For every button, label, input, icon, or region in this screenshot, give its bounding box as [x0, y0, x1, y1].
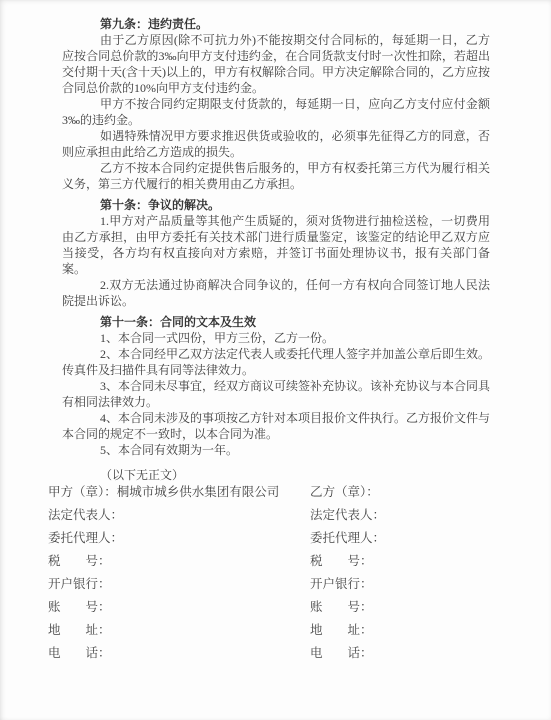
- party-b-seal-label: 乙方（章）：: [310, 485, 379, 499]
- party-a-seal-label: 甲方（章）：: [48, 485, 117, 499]
- article-9-title: 第九条：违约责任。: [62, 16, 490, 32]
- party-a-bank-row: 开户银行：: [48, 576, 310, 592]
- party-a-legal-rep-row: 法定代表人：: [48, 507, 310, 523]
- party-b-column: 乙方（章）： 法定代表人： 委托代理人： 税 号： 开户银行： 账 号： 地 址…: [310, 484, 518, 668]
- party-b-address-row: 地 址：: [310, 622, 518, 638]
- article-11-item-5: 5、本合同有效期为一年。: [62, 442, 490, 458]
- party-a-agent-row: 委托代理人：: [48, 530, 310, 546]
- closing-note: （以下无正文）: [62, 467, 490, 483]
- party-a-column: 甲方（章）：桐城市城乡供水集团有限公司 法定代表人： 委托代理人： 税 号： 开…: [48, 484, 310, 668]
- party-a-agent-label: 委托代理人：: [48, 531, 123, 545]
- party-a-company-name: 桐城市城乡供水集团有限公司: [117, 485, 280, 499]
- party-b-legal-rep-row: 法定代表人：: [310, 507, 518, 523]
- article-11-item-3: 3、本合同未尽事宜，经双方商议可续签补充协议。该补充协议与本合同具有相同法律效力…: [62, 378, 490, 410]
- party-a-tax-no-row: 税 号：: [48, 553, 310, 569]
- party-b-tax-no-row: 税 号：: [310, 553, 518, 569]
- party-b-phone-label: 电 话：: [310, 646, 373, 660]
- signature-block: 甲方（章）：桐城市城乡供水集团有限公司 法定代表人： 委托代理人： 税 号： 开…: [48, 484, 518, 668]
- article-11-item-4: 4、本合同未涉及的事项按乙方针对本项目报价文件执行。乙方报价文件与本合同的规定不…: [62, 410, 490, 442]
- party-a-bank-label: 开户银行：: [48, 577, 111, 591]
- party-a-address-label: 地 址：: [48, 623, 111, 637]
- contract-page: 第九条：违约责任。 由于乙方原因(除不可抗力外)不能按期交付合同标的，每延期一日…: [0, 0, 551, 720]
- party-b-seal-row: 乙方（章）：: [310, 484, 518, 500]
- article-9-paragraph-3: 如遇特殊情况甲方要求推迟供货或验收的，必须事先征得乙方的同意，否则应承担由此给乙…: [62, 128, 490, 160]
- article-9-paragraph-4: 乙方不按本合同约定提供售后服务的，甲方有权委托第三方代为履行相关义务，第三方代履…: [62, 160, 490, 192]
- article-9-paragraph-1: 由于乙方原因(除不可抗力外)不能按期交付合同标的，每延期一日，乙方应按合同总价款…: [62, 32, 490, 96]
- party-a-account-no-label: 账 号：: [48, 600, 111, 614]
- party-b-legal-rep-label: 法定代表人：: [310, 508, 385, 522]
- party-b-account-no-label: 账 号：: [310, 600, 373, 614]
- party-a-tax-no-label: 税 号：: [48, 554, 111, 568]
- party-a-phone-label: 电 话：: [48, 646, 111, 660]
- party-a-address-row: 地 址：: [48, 622, 310, 638]
- party-a-seal-row: 甲方（章）：桐城市城乡供水集团有限公司: [48, 484, 310, 500]
- party-b-account-no-row: 账 号：: [310, 599, 518, 615]
- article-10-paragraph-1: 1.甲方对产品质量等其他产生质疑的，须对货物进行抽检送检，一切费用由乙方承担，由…: [62, 213, 490, 277]
- article-11-item-2: 2、本合同经甲乙双方法定代表人或委托代理人签字并加盖公章后即生效。传真件及扫描件…: [62, 346, 490, 378]
- party-a-account-no-row: 账 号：: [48, 599, 310, 615]
- party-b-bank-row: 开户银行：: [310, 576, 518, 592]
- contract-body: 第九条：违约责任。 由于乙方原因(除不可抗力外)不能按期交付合同标的，每延期一日…: [62, 16, 490, 483]
- article-11-item-1: 1、本合同一式四份，甲方三份，乙方一份。: [62, 330, 490, 346]
- party-b-address-label: 地 址：: [310, 623, 373, 637]
- article-10-paragraph-2: 2.双方无法通过协商解决合同争议的，任何一方有权向合同签订地人民法院提出诉讼。: [62, 277, 490, 309]
- party-b-agent-label: 委托代理人：: [310, 531, 385, 545]
- party-b-bank-label: 开户银行：: [310, 577, 373, 591]
- article-10-title: 第十条：争议的解决。: [62, 197, 490, 213]
- party-b-phone-row: 电 话：: [310, 645, 518, 661]
- party-b-agent-row: 委托代理人：: [310, 530, 518, 546]
- party-a-phone-row: 电 话：: [48, 645, 310, 661]
- article-9-paragraph-2: 甲方不按合同约定期限支付货款的，每延期一日，应向乙方支付应付金额3‰的违约金。: [62, 96, 490, 128]
- party-b-tax-no-label: 税 号：: [310, 554, 373, 568]
- article-11-title: 第十一条：合同的文本及生效: [62, 314, 490, 330]
- party-a-legal-rep-label: 法定代表人：: [48, 508, 123, 522]
